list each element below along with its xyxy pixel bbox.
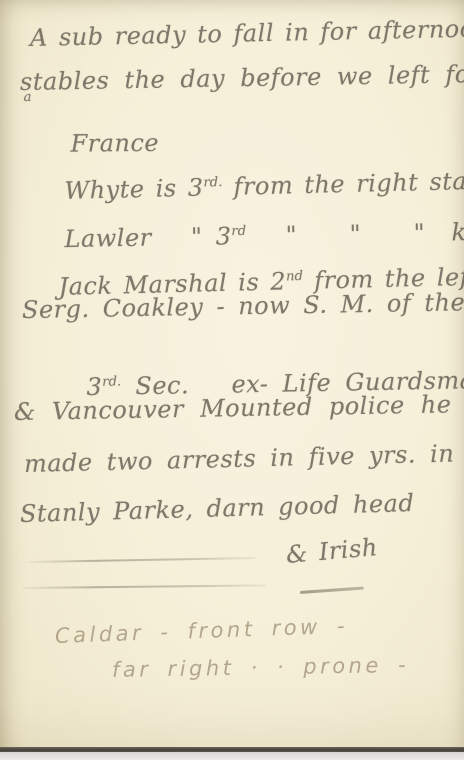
inserted-letter-mark: a <box>24 90 32 105</box>
handwriting-line-10: made two arrests in five yrs. in <box>24 439 455 478</box>
handwriting-line-2: stables the day before we left for <box>20 60 464 96</box>
ordinal-superscript: nd <box>286 269 303 284</box>
handwriting-line-irish: & Irish <box>285 533 379 569</box>
ordinal-superscript: rd. <box>102 374 121 389</box>
ordinal-superscript: rd. <box>203 175 222 190</box>
pencil-rule-stroke-2 <box>22 584 266 589</box>
handwritten-note-scan: A sub ready to fall in for afternoon sta… <box>0 0 464 760</box>
footnote-line-2: far right · · prone - <box>112 653 409 682</box>
handwriting-line-11: Stanly Parke, darn good head <box>20 489 415 528</box>
footnote-line-1: Caldar - front row - <box>55 614 349 648</box>
scan-bottom-backing-strip <box>0 752 464 760</box>
irish-underline-stroke <box>300 587 364 594</box>
ordinal-superscript: rd <box>231 224 246 239</box>
pencil-rule-stroke-1 <box>28 557 256 563</box>
handwriting-line-1: A sub ready to fall in for afternoon <box>30 14 464 52</box>
